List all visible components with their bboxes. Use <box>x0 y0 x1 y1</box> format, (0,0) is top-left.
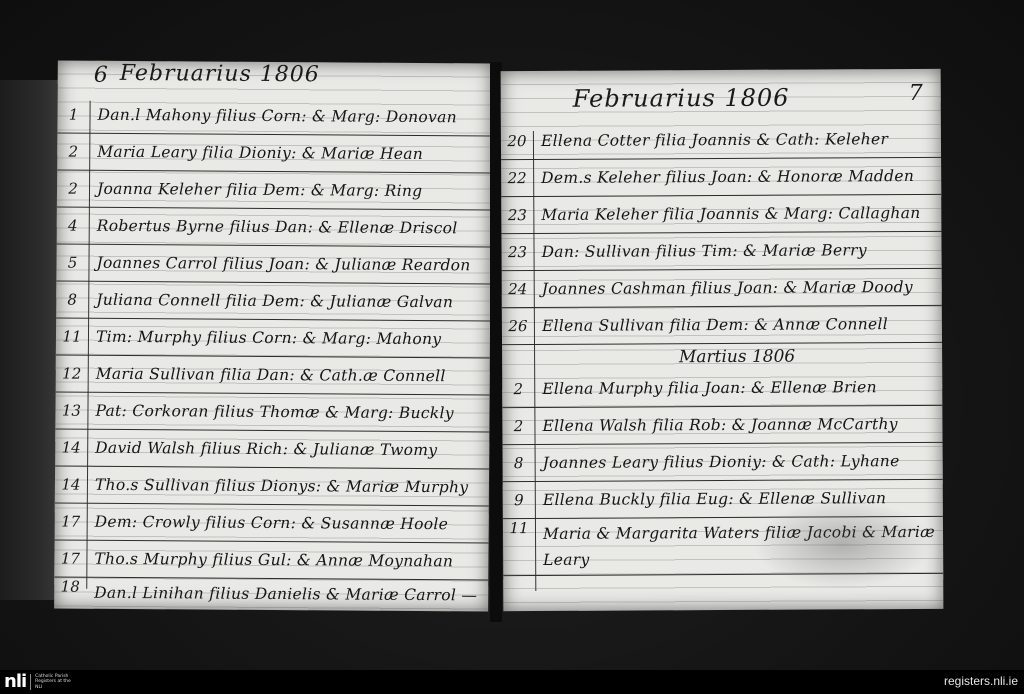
entry-day: 2 <box>57 179 89 197</box>
entry-text: Joannes Cashman filius Joan: & Mariæ Doo… <box>534 278 942 298</box>
entry-day: 4 <box>57 216 89 234</box>
entry-day: 26 <box>502 317 534 335</box>
entry-text: Maria Leary filia Dioniy: & Mariæ Hean <box>89 143 491 164</box>
register-entry: 17Dem: Crowly filius Corn: & Susannæ Hoo… <box>55 503 489 543</box>
entry-text: Tho.s Sullivan filius Dionys: & Mariæ Mu… <box>87 476 489 497</box>
entry-text: Dem: Crowly filius Corn: & Susannæ Hoole <box>87 513 489 534</box>
register-entry: 14Tho.s Sullivan filius Dionys: & Mariæ … <box>55 466 489 506</box>
entry-day: 12 <box>56 364 88 382</box>
entry-day: 14 <box>55 438 87 456</box>
site-link[interactable]: registers.nli.ie <box>944 674 1018 688</box>
register-entry: 4Robertus Byrne filius Dan: & Ellenæ Dri… <box>57 207 491 247</box>
register-entry: 23Maria Keleher filia Joannis & Marg: Ca… <box>501 195 941 234</box>
entry-text: Tho.s Murphy filius Gul: & Annæ Moynahan <box>86 550 488 571</box>
register-entry: 8Joannes Leary filius Dioniy: & Cath: Ly… <box>503 443 943 482</box>
entry-text: David Walsh filius Rich: & Julianæ Twomy <box>87 439 489 460</box>
footer-bar: nli Catholic Parish Registers at the NLI… <box>0 670 1024 694</box>
entry-text: Ellena Murphy filia Joan: & Ellenæ Brien <box>534 378 942 398</box>
entry-day: 13 <box>55 401 87 419</box>
entry-text: Maria Keleher filia Joannis & Marg: Call… <box>533 204 941 224</box>
entry-text: Dan.l Linihan filius Danielis & Mariæ Ca… <box>86 578 488 609</box>
register-entry: 23Dan: Sullivan filius Tim: & Mariæ Berr… <box>501 232 941 271</box>
register-entry: 2Joanna Keleher filia Dem: & Marg: Ring <box>57 170 491 210</box>
paper-stain <box>753 499 933 590</box>
book-cover-edge <box>0 80 62 600</box>
register-entry: 2Maria Leary filia Dioniy: & Mariæ Hean <box>57 133 491 173</box>
register-entry: 11Tim: Murphy filius Corn: & Marg: Mahon… <box>56 318 490 358</box>
entry-text: Ellena Walsh filia Rob: & Joannæ McCarth… <box>534 415 942 435</box>
register-entry: 12Maria Sullivan filia Dan: & Cath.æ Con… <box>56 355 490 395</box>
register-scan: 6 Februarius 1806 1Dan.l Mahony filius C… <box>0 0 1024 670</box>
logo-divider <box>30 674 31 690</box>
entry-day: 2 <box>502 417 534 435</box>
entry-day: 8 <box>56 290 88 308</box>
entry-day: 2 <box>57 142 89 160</box>
entry-text: Joannes Leary filius Dioniy: & Cath: Lyh… <box>535 452 943 472</box>
entry-day: 23 <box>501 243 533 261</box>
entry-text: Maria Sullivan filia Dan: & Cath.æ Conne… <box>88 365 490 386</box>
register-entry: 18Dan.l Linihan filius Danielis & Mariæ … <box>54 577 488 611</box>
logo-caption: Catholic Parish Registers at the NLI <box>35 674 75 690</box>
register-entry: 24Joannes Cashman filius Joan: & Mariæ D… <box>502 269 942 308</box>
entry-text: Pat: Corkoran filius Thomæ & Marg: Buckl… <box>87 402 489 423</box>
entry-text: Ellena Cotter filia Joannis & Cath: Kele… <box>533 130 941 150</box>
month-heading: Februarius 1806 <box>573 84 790 113</box>
entry-text: Dem.s Keleher filius Joan: & Honoræ Madd… <box>533 167 941 187</box>
entry-day: 20 <box>501 132 533 150</box>
register-entry: 14David Walsh filius Rich: & Julianæ Two… <box>55 429 489 469</box>
page-number: 6 <box>94 63 108 88</box>
register-entry: 2Ellena Walsh filia Rob: & Joannæ McCart… <box>502 406 942 445</box>
entry-text: Joanna Keleher filia Dem: & Marg: Ring <box>89 180 491 201</box>
register-entry: 8Juliana Connell filia Dem: & Julianæ Ga… <box>56 281 490 321</box>
entry-text: Dan.l Mahony filius Corn: & Marg: Donova… <box>89 106 491 127</box>
entry-text: Ellena Sullivan filia Dem: & Annæ Connel… <box>534 315 942 335</box>
entry-day: 11 <box>503 519 535 537</box>
entry-day: 1 <box>57 105 89 123</box>
register-entry: 26Ellena Sullivan filia Dem: & Annæ Conn… <box>502 306 942 345</box>
entry-day: 18 <box>54 577 86 595</box>
page-number: 7 <box>909 81 923 106</box>
nli-logo-mark: nli <box>4 673 26 691</box>
entry-day: 17 <box>54 549 86 567</box>
entry-text: Joannes Carrol filius Joan: & Julianæ Re… <box>88 254 490 275</box>
entry-day: 11 <box>56 327 88 345</box>
entry-text: Juliana Connell filia Dem: & Julianæ Gal… <box>88 291 490 312</box>
entry-text: Tim: Murphy filius Corn: & Marg: Mahony <box>88 328 490 349</box>
entry-day: 5 <box>56 253 88 271</box>
register-entry: 22Dem.s Keleher filius Joan: & Honoræ Ma… <box>501 158 941 197</box>
entry-day: 23 <box>501 206 533 224</box>
left-page: 6 Februarius 1806 1Dan.l Mahony filius C… <box>54 60 492 611</box>
entry-day: 14 <box>55 475 87 493</box>
month-heading: Februarius 1806 <box>120 61 320 87</box>
entry-day: 24 <box>502 280 534 298</box>
register-entry: 20Ellena Cotter filia Joannis & Cath: Ke… <box>501 121 941 160</box>
register-entry: 1Dan.l Mahony filius Corn: & Marg: Donov… <box>57 96 491 136</box>
register-entry: 13Pat: Corkoran filius Thomæ & Marg: Buc… <box>55 392 489 432</box>
entry-text: Robertus Byrne filius Dan: & Ellenæ Dris… <box>89 217 491 238</box>
entry-text: Dan: Sullivan filius Tim: & Mariæ Berry <box>533 241 941 261</box>
entry-day: 9 <box>503 491 535 509</box>
nli-logo[interactable]: nli Catholic Parish Registers at the NLI <box>4 673 75 691</box>
register-entry: 2Ellena Murphy filia Joan: & Ellenæ Brie… <box>502 369 942 408</box>
register-entry: 5Joannes Carrol filius Joan: & Julianæ R… <box>56 244 490 284</box>
month-subheading: Martius 1806 <box>502 343 942 371</box>
entry-day: 2 <box>502 380 534 398</box>
baptism-entries: 1Dan.l Mahony filius Corn: & Marg: Donov… <box>54 96 492 611</box>
entry-day: 8 <box>503 454 535 472</box>
entry-day: 22 <box>501 169 533 187</box>
entry-day: 17 <box>55 512 87 530</box>
right-page: Februarius 1806 7 20Ellena Cotter filia … <box>501 69 944 611</box>
register-entry: 17Tho.s Murphy filius Gul: & Annæ Moynah… <box>54 540 488 580</box>
